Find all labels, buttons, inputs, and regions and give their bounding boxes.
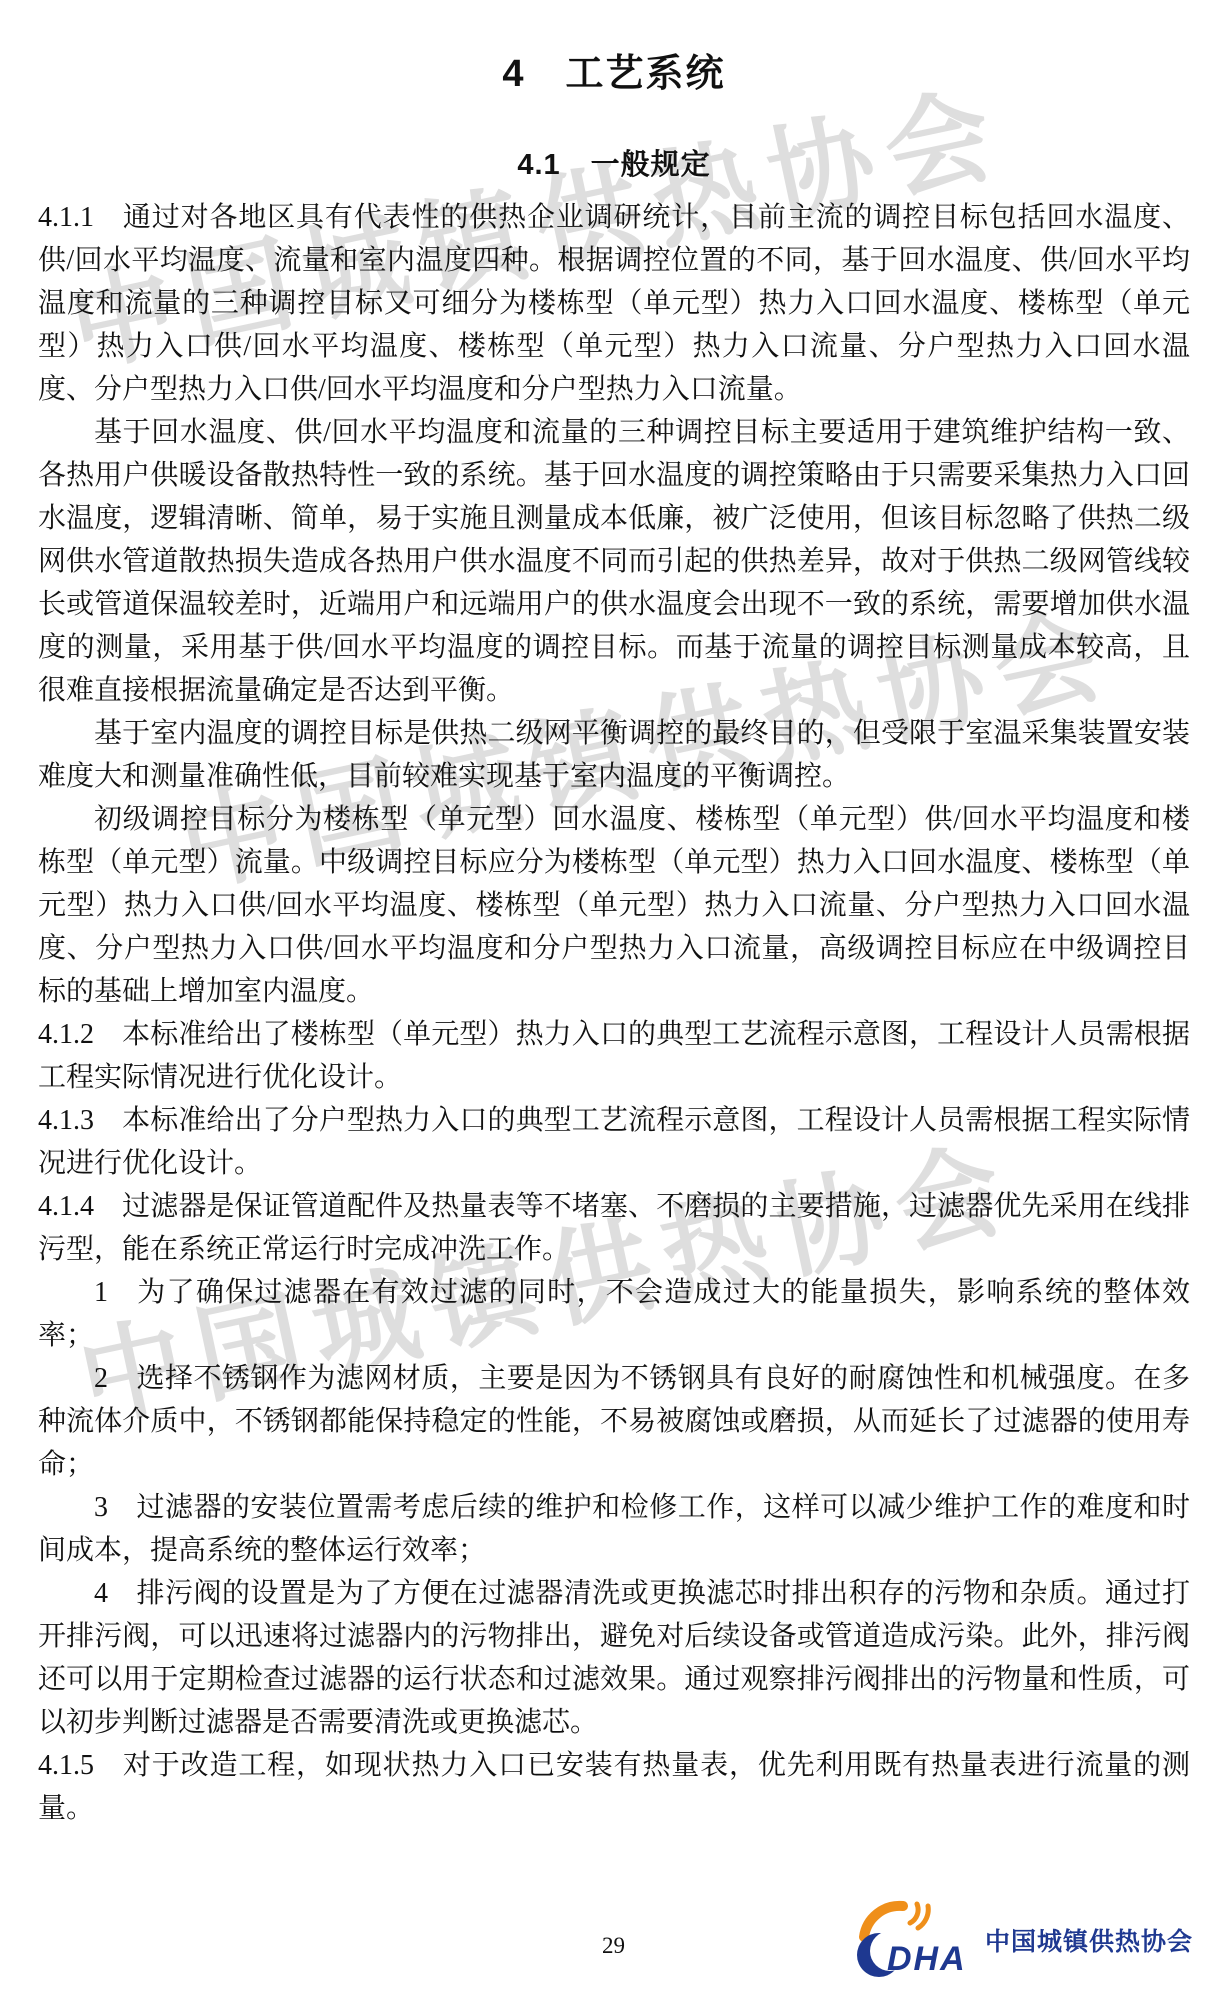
- clause-paragraph-4-1-4: 4.1.4过滤器是保证管道配件及热量表等不堵塞、不磨损的主要措施，过滤器优先采用…: [38, 1185, 1190, 1271]
- clause-number: 4.1.5: [38, 1750, 94, 1781]
- logo-abbr-text: DHA: [887, 1940, 967, 1978]
- logo-crescent-icon: DHA: [857, 1897, 979, 1983]
- item-number: 1: [94, 1277, 108, 1308]
- paragraph-text: 本标准给出了分户型热力入口的典型工艺流程示意图，工程设计人员需根据工程实际情况进…: [38, 1105, 1190, 1179]
- paragraph-text: 排污阀的设置是为了方便在过滤器清洗或更换滤芯时排出积存的污物和杂质。通过打开排污…: [38, 1578, 1190, 1738]
- numbered-item-2: 2选择不锈钢作为滤网材质，主要是因为不锈钢具有良好的耐腐蚀性和机械强度。在多种流…: [38, 1357, 1190, 1486]
- item-number: 4: [94, 1578, 108, 1609]
- clause-number: 4.1.3: [38, 1105, 94, 1136]
- numbered-item-1: 1为了确保过滤器在有效过滤的同时，不会造成过大的能量损失，影响系统的整体效率；: [38, 1271, 1190, 1357]
- paragraph-text: 过滤器是保证管道配件及热量表等不堵塞、不磨损的主要措施，过滤器优先采用在线排污型…: [38, 1191, 1190, 1265]
- logo-association-name: 中国城镇供热协会: [985, 1922, 1193, 1958]
- chapter-heading: 4 工艺系统: [38, 52, 1190, 96]
- clause-paragraph-4-1-1: 4.1.1通过对各地区具有代表性的供热企业调研统计，目前主流的调控目标包括回水温…: [38, 196, 1190, 411]
- clause-number: 4.1.1: [38, 202, 94, 233]
- clause-number: 4.1.4: [38, 1191, 94, 1222]
- paragraph-text: 为了确保过滤器在有效过滤的同时，不会造成过大的能量损失，影响系统的整体效率；: [38, 1277, 1190, 1351]
- numbered-item-4: 4排污阀的设置是为了方便在过滤器清洗或更换滤芯时排出积存的污物和杂质。通过打开排…: [38, 1572, 1190, 1744]
- item-number: 3: [94, 1492, 108, 1523]
- explanation-paragraph: 初级调控目标分为楼栋型（单元型）回水温度、楼栋型（单元型）供/回水平均温度和楼栋…: [38, 798, 1190, 1013]
- document-content: 4 工艺系统 4.1 一般规定 4.1.1通过对各地区具有代表性的供热企业调研统…: [0, 52, 1227, 1830]
- clause-paragraph-4-1-5: 4.1.5对于改造工程，如现状热力入口已安装有热量表，优先利用既有热量表进行流量…: [38, 1744, 1190, 1830]
- document-page: 中国城镇供热协会 中国城镇供热协会 中国城镇供热协会 4 工艺系统 4.1 一般…: [0, 0, 1227, 1995]
- explanation-paragraph: 基于回水温度、供/回水平均温度和流量的三种调控目标主要适用于建筑维护结构一致、各…: [38, 411, 1190, 712]
- paragraph-text: 基于回水温度、供/回水平均温度和流量的三种调控目标主要适用于建筑维护结构一致、各…: [38, 417, 1190, 706]
- paragraph-text: 对于改造工程，如现状热力入口已安装有热量表，优先利用既有热量表进行流量的测量。: [38, 1750, 1190, 1824]
- paragraph-text: 基于室内温度的调控目标是供热二级网平衡调控的最终目的，但受限于室温采集装置安装难…: [38, 718, 1190, 792]
- clause-paragraph-4-1-2: 4.1.2本标准给出了楼栋型（单元型）热力入口的典型工艺流程示意图，工程设计人员…: [38, 1013, 1190, 1099]
- item-number: 2: [94, 1363, 108, 1394]
- clause-number: 4.1.2: [38, 1019, 94, 1050]
- explanation-paragraph: 基于室内温度的调控目标是供热二级网平衡调控的最终目的，但受限于室温采集装置安装难…: [38, 712, 1190, 798]
- body-text: 4.1.1通过对各地区具有代表性的供热企业调研统计，目前主流的调控目标包括回水温…: [38, 196, 1190, 1830]
- paragraph-text: 选择不锈钢作为滤网材质，主要是因为不锈钢具有良好的耐腐蚀性和机械强度。在多种流体…: [38, 1363, 1190, 1480]
- numbered-item-3: 3过滤器的安装位置需考虑后续的维护和检修工作，这样可以减少维护工作的难度和时间成…: [38, 1486, 1190, 1572]
- section-heading: 4.1 一般规定: [38, 148, 1190, 182]
- logo-signal-arc-small: [910, 1904, 918, 1923]
- paragraph-text: 过滤器的安装位置需考虑后续的维护和检修工作，这样可以减少维护工作的难度和时间成本…: [38, 1492, 1190, 1566]
- clause-paragraph-4-1-3: 4.1.3本标准给出了分户型热力入口的典型工艺流程示意图，工程设计人员需根据工程…: [38, 1099, 1190, 1185]
- association-logo: DHA 中国城镇供热协会: [857, 1897, 1193, 1983]
- paragraph-text: 通过对各地区具有代表性的供热企业调研统计，目前主流的调控目标包括回水温度、供/回…: [38, 202, 1190, 405]
- paragraph-text: 本标准给出了楼栋型（单元型）热力入口的典型工艺流程示意图，工程设计人员需根据工程…: [38, 1019, 1190, 1093]
- paragraph-text: 初级调控目标分为楼栋型（单元型）回水温度、楼栋型（单元型）供/回水平均温度和楼栋…: [38, 804, 1190, 1007]
